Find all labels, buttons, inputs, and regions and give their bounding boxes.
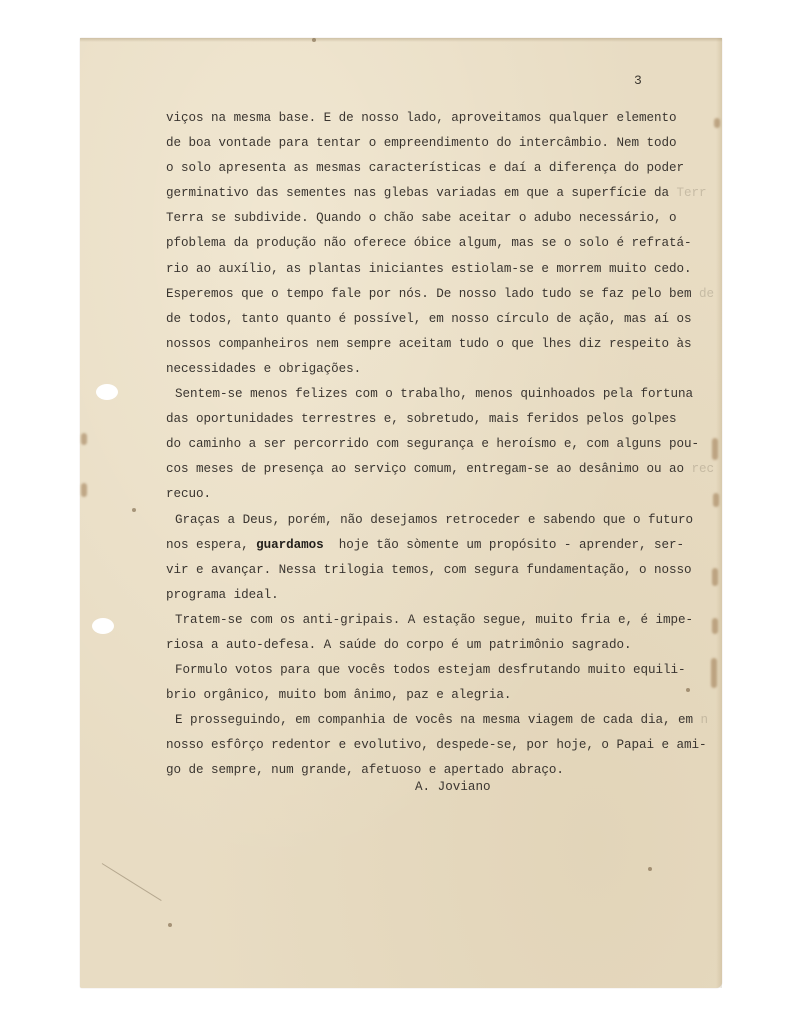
ghost-overstrike: de [699, 287, 714, 301]
text-line: do caminho a ser percorrido com seguranç… [166, 432, 726, 457]
page-number: 3 [634, 73, 642, 88]
paragraph-4: Tratem-se com os anti-gripais. A estação… [166, 608, 726, 658]
text-line: viços na mesma base. E de nosso lado, ap… [166, 106, 726, 131]
punch-hole [92, 618, 114, 634]
signature: A. Joviano [415, 780, 491, 794]
text-line: rio ao auxílio, as plantas iniciantes es… [166, 257, 726, 282]
text-line: Formulo votos para que vocês todos estej… [166, 658, 726, 683]
text-line: riosa a auto-defesa. A saúde do corpo é … [166, 633, 726, 658]
ghost-overstrike: rec [692, 462, 715, 476]
text-line: vir e avançar. Nessa trilogia temos, com… [166, 558, 726, 583]
edge-stain [81, 433, 87, 445]
text-line: das oportunidades terrestres e, sobretud… [166, 407, 726, 432]
paragraph-6: E prosseguindo, em companhia de vocês na… [166, 708, 726, 783]
text-line-content: hoje tão sòmente um propósito - aprender… [324, 538, 684, 552]
paragraph-3: Graças a Deus, porém, não desejamos retr… [166, 508, 726, 608]
text-line: programa ideal. [166, 583, 726, 608]
paper-scratch [102, 863, 162, 901]
text-line-content: cos meses de presença ao serviço comum, … [166, 462, 684, 476]
text-line-content: germinativo das sementes nas glebas vari… [166, 186, 669, 200]
text-line-content: nos espera, [166, 538, 249, 552]
text-line: Sentem-se menos felizes com o trabalho, … [166, 382, 726, 407]
typewritten-page: 3 viços na mesma base. E de nosso lado, … [80, 38, 722, 988]
text-line: Esperemos que o tempo fale por nós. De n… [166, 282, 726, 307]
speck [312, 38, 316, 42]
text-line: recuo. [166, 482, 726, 507]
edge-stain [81, 483, 87, 497]
text-line: E prosseguindo, em companhia de vocês na… [166, 708, 726, 733]
text-line-content: Esperemos que o tempo fale por nós. De n… [166, 287, 692, 301]
text-line: Tratem-se com os anti-gripais. A estação… [166, 608, 726, 633]
text-line: Terra se subdivide. Quando o chão sabe a… [166, 206, 726, 231]
punch-hole [96, 384, 118, 400]
text-line: de todos, tanto quanto é possível, em no… [166, 307, 726, 332]
text-line: germinativo das sementes nas glebas vari… [166, 181, 726, 206]
emphasized-word: guardamos [256, 538, 324, 552]
text-line: de boa vontade para tentar o empreendime… [166, 131, 726, 156]
letter-body: viços na mesma base. E de nosso lado, ap… [166, 106, 726, 784]
ghost-overstrike: Terr [677, 186, 707, 200]
text-line: cos meses de presença ao serviço comum, … [166, 457, 726, 482]
page-top-edge [80, 38, 722, 42]
text-line: nossos companheiros nem sempre aceitam t… [166, 332, 726, 357]
speck [648, 867, 652, 871]
text-line: brio orgânico, muito bom ânimo, paz e al… [166, 683, 726, 708]
text-line: o solo apresenta as mesmas característic… [166, 156, 726, 181]
speck [168, 923, 172, 927]
text-line: nosso esfôrço redentor e evolutivo, desp… [166, 733, 726, 758]
text-line: necessidades e obrigações. [166, 357, 726, 382]
paragraph-1: viços na mesma base. E de nosso lado, ap… [166, 106, 726, 382]
speck [132, 508, 136, 512]
paragraph-5: Formulo votos para que vocês todos estej… [166, 658, 726, 708]
text-line-content: E prosseguindo, em companhia de vocês na… [175, 713, 693, 727]
ghost-overstrike: n [701, 713, 709, 727]
text-line: pfoblema da produção não oferece óbice a… [166, 231, 726, 256]
paragraph-2: Sentem-se menos felizes com o trabalho, … [166, 382, 726, 507]
text-line: nos espera, guardamos hoje tão sòmente u… [166, 533, 726, 558]
text-line: Graças a Deus, porém, não desejamos retr… [166, 508, 726, 533]
